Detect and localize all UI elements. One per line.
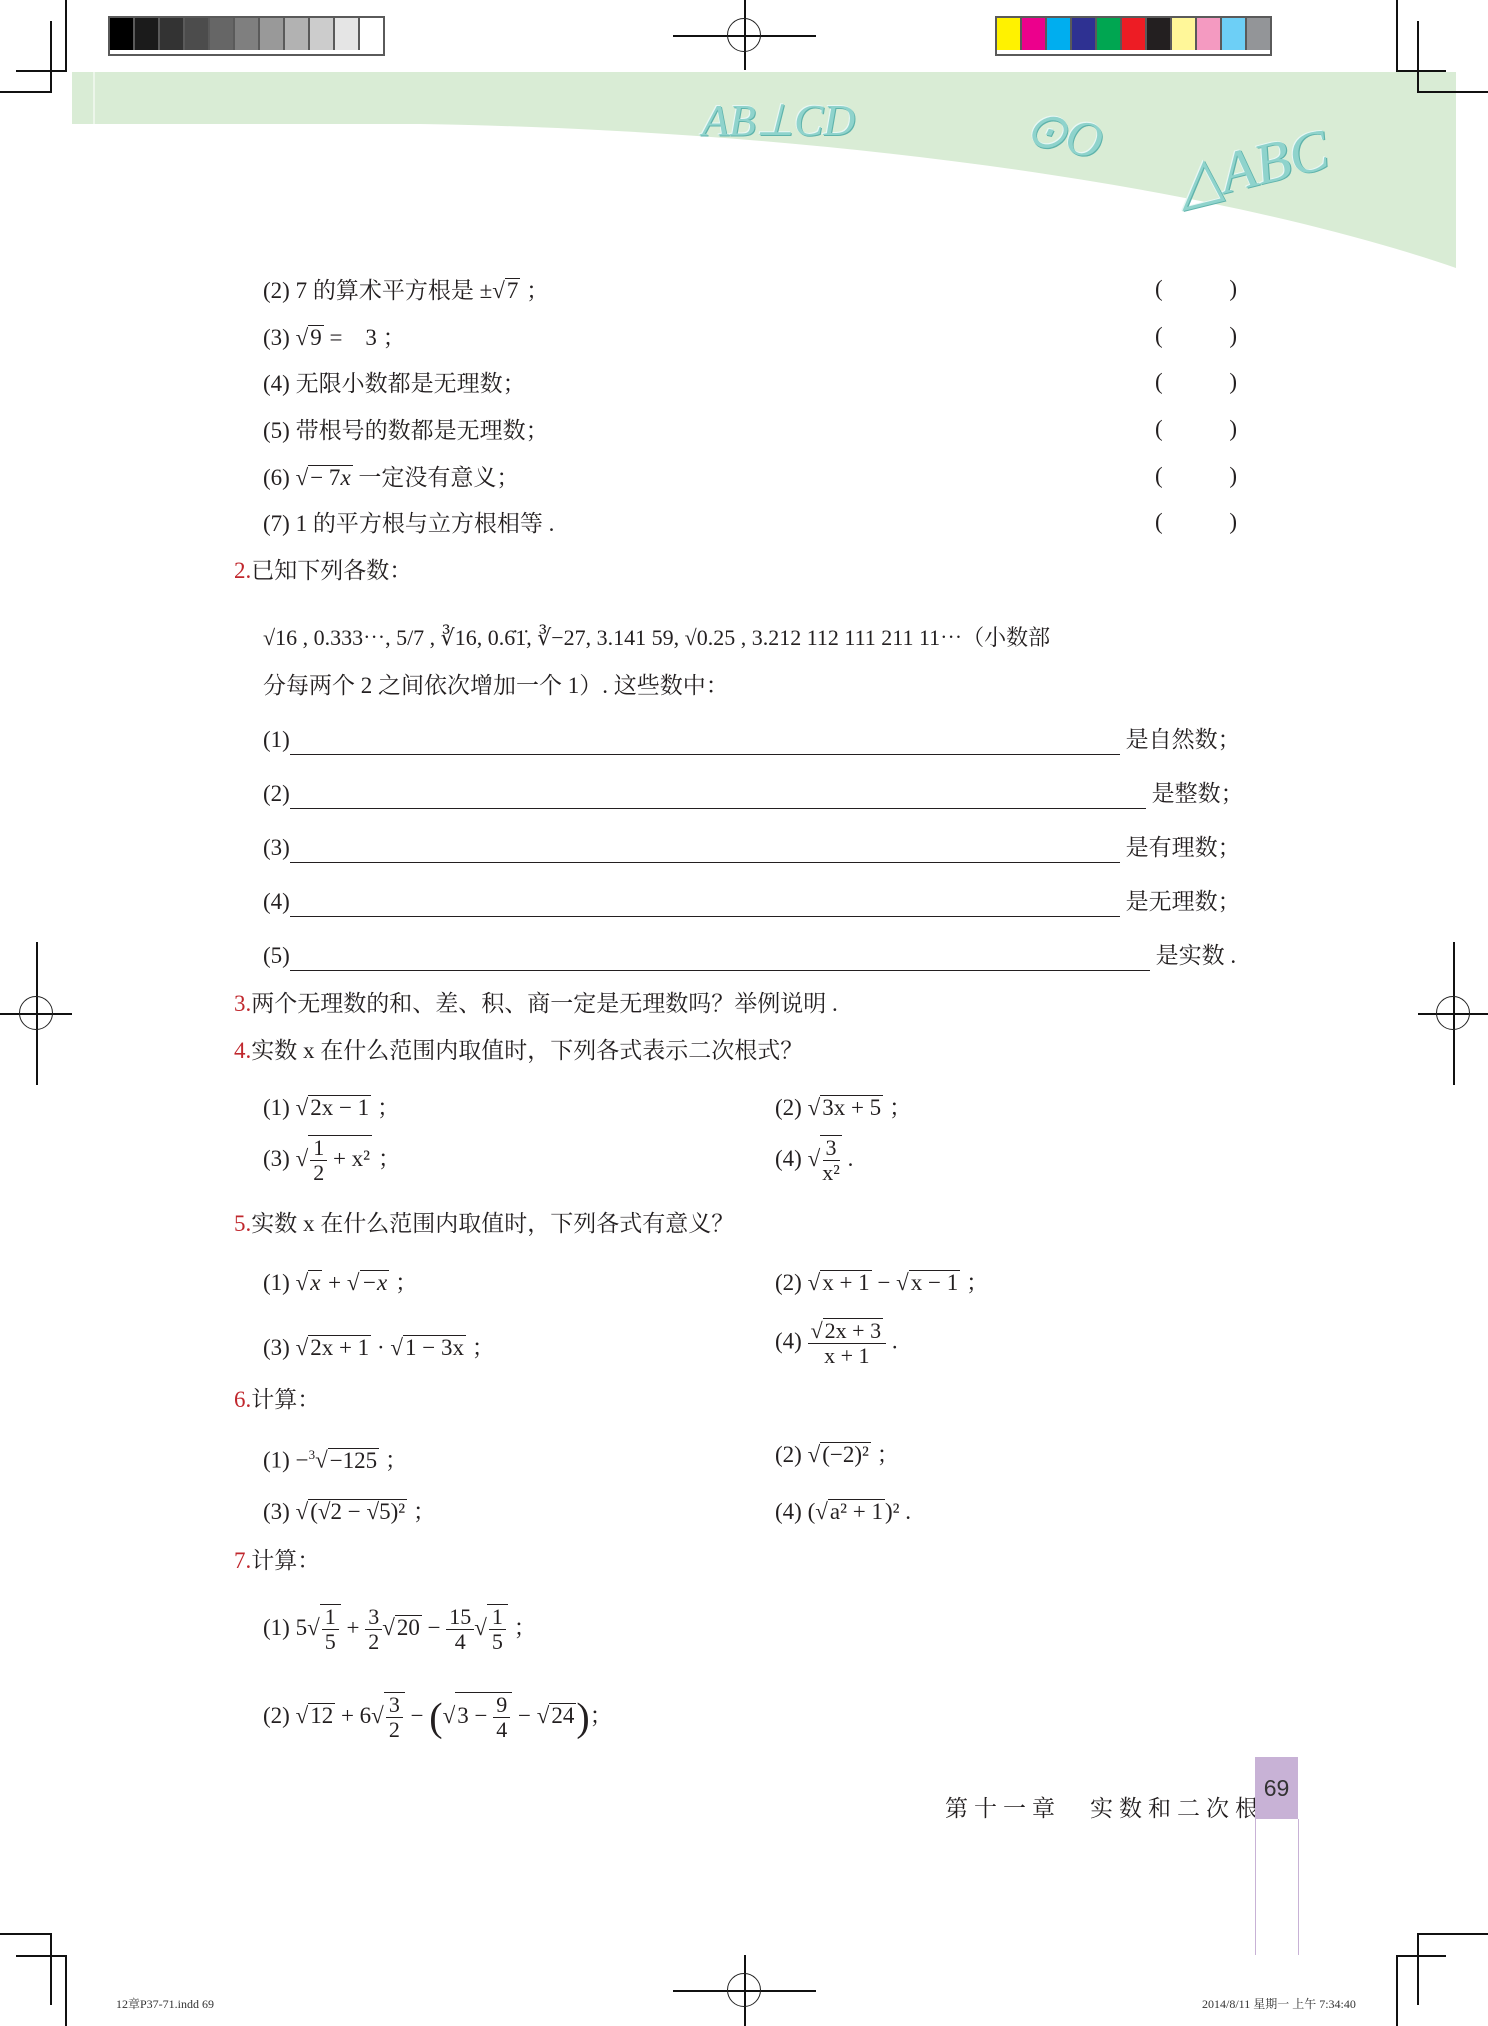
decoration-perpendicular: AB⊥CD (702, 95, 855, 146)
answer-brackets[interactable]: () (1155, 509, 1237, 535)
q4-item-1: (1) √2x − 1 ； (263, 1093, 400, 1123)
q2-blank-5: (5) 是实数 . (263, 941, 1236, 971)
item-text: 7 的算术平方根是 ±√7 ； (296, 278, 550, 303)
q5-item-4: (4) √2x + 3x + 1 . (775, 1318, 898, 1368)
registration-mark-left (19, 996, 53, 1030)
answer-brackets[interactable]: () (1155, 276, 1237, 302)
q2-blank-1: (1) 是自然数； (263, 725, 1241, 755)
slug-timestamp: 2014/8/11 星期一 上午 7:34:40 (1202, 1995, 1356, 2012)
color-swatch (285, 18, 310, 50)
color-swatch (1147, 18, 1172, 50)
item-1-6: (6) √− 7x 一定没有意义； (263, 463, 519, 493)
color-swatch (1247, 18, 1270, 50)
q6-item-1: (1) −3√−125 ； (263, 1440, 408, 1476)
page-number-tab: 69 (1255, 1757, 1298, 1819)
answer-blank[interactable] (290, 732, 1120, 755)
registration-mark-right (1436, 996, 1470, 1030)
answer-brackets[interactable]: () (1155, 369, 1237, 395)
item-1-4: (4) 无限小数都是无理数； (263, 369, 526, 399)
q4-item-2: (2) √3x + 5 ； (775, 1093, 912, 1123)
answer-brackets[interactable]: () (1155, 323, 1237, 349)
answer-blank[interactable] (290, 840, 1120, 863)
question-2: 2.已知下列各数： (234, 556, 412, 586)
color-swatch (235, 18, 260, 50)
item-1-3: (3) √9 = 3 ； (263, 323, 406, 353)
color-swatch (1047, 18, 1072, 50)
q7-item-1: (1) 5√15 + 32√20 − 154√15 ； (263, 1604, 537, 1654)
q4-item-3: (3) √12 + x² ； (263, 1135, 401, 1185)
question-4: 4.实数 x 在什么范围内取值时，下列各式表示二次根式？ (234, 1036, 803, 1066)
q6-item-3: (3) √(√2 − √5)² ； (263, 1497, 436, 1527)
page-number: 69 (1264, 1775, 1290, 1802)
color-swatch (1197, 18, 1222, 50)
q2-continuation: 分每两个 2 之间依次增加一个 1）. 这些数中： (263, 671, 729, 701)
gray-swatch-bar (108, 16, 385, 56)
answer-blank[interactable] (290, 786, 1146, 809)
question-3: 3.两个无理数的和、差、积、商一定是无理数吗？举例说明 . (234, 989, 838, 1019)
color-swatch (1172, 18, 1197, 50)
color-swatch (335, 18, 360, 50)
q2-blank-3: (3) 是有理数； (263, 833, 1241, 863)
color-swatch (210, 18, 235, 50)
color-swatch (185, 18, 210, 50)
q7-item-2: (2) √12 + 6√32 − (√3 − 94 − √24)； (263, 1692, 613, 1742)
color-swatch (310, 18, 335, 50)
q5-item-1: (1) √x + √−x ； (263, 1268, 418, 1298)
color-swatch (135, 18, 160, 50)
answer-brackets[interactable]: () (1155, 463, 1237, 489)
q5-item-2: (2) √x + 1 − √x − 1 ； (775, 1268, 989, 1298)
answer-blank[interactable] (290, 948, 1150, 971)
chapter-title: 第十一章 实数和二次根式 (945, 1790, 1293, 1823)
page-tab-guide-right (1298, 1819, 1299, 1955)
question-6: 6.计算： (234, 1385, 320, 1415)
answer-brackets[interactable]: () (1155, 416, 1237, 442)
q2-number-list: √16 , 0.333⋯, 5/7 , ∛16, 0.6̇1̇, ∛−27, 3… (263, 623, 1050, 653)
color-swatch (110, 18, 135, 50)
question-5: 5.实数 x 在什么范围内取值时，下列各式有意义？ (234, 1209, 734, 1239)
slug-file-info: 12章P37-71.indd 69 (116, 1995, 214, 2012)
color-swatch (1072, 18, 1097, 50)
registration-mark-bottom (727, 1973, 761, 2007)
question-7: 7.计算： (234, 1546, 320, 1576)
color-swatch (260, 18, 285, 50)
answer-blank[interactable] (290, 894, 1120, 917)
color-swatch (160, 18, 185, 50)
color-swatch (1222, 18, 1247, 50)
q6-item-2: (2) √(−2)² ； (775, 1440, 900, 1470)
q2-blank-2: (2) 是整数； (263, 779, 1244, 809)
color-swatch (360, 18, 383, 50)
item-1-2: (2) 7 的算术平方根是 ±√7 ； (263, 276, 549, 306)
color-swatch (1022, 18, 1047, 50)
color-swatch (997, 18, 1022, 50)
color-swatch (1097, 18, 1122, 50)
q4-item-4: (4) √3x² . (775, 1135, 853, 1185)
q5-item-3: (3) √2x + 1 · √1 − 3x ； (263, 1333, 495, 1363)
item-1-5: (5) 带根号的数都是无理数； (263, 416, 549, 446)
q2-blank-4: (4) 是无理数； (263, 887, 1241, 917)
color-swatch (1122, 18, 1147, 50)
registration-mark-top (727, 18, 761, 52)
page-tab-guide-left (1255, 1819, 1256, 1955)
item-1-7: (7) 1 的平方根与立方根相等 . (263, 509, 554, 539)
q6-item-4: (4) (√a² + 1)² . (775, 1497, 911, 1527)
color-swatch-bar (995, 16, 1272, 56)
